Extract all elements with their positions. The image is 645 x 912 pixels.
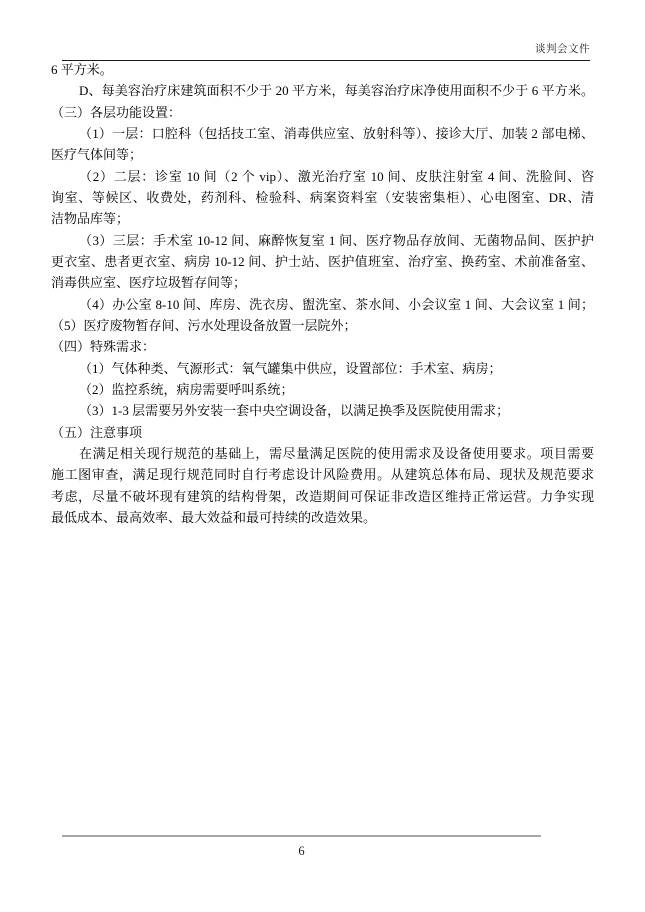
text-line: （1）气体种类、气源形式：氧气罐集中供应，设置部位：手术室、病房； [51, 358, 594, 379]
text-line: （1）一层：口腔科（包括技工室、消毒供应室、放射科等）、接诊大厅、加装 2 部电… [51, 123, 594, 144]
text-line: （三）各层功能设置： [51, 102, 594, 123]
text-line: （3）三层：手术室 10-12 间、麻醉恢复室 1 间、医疗物品存放间、无菌物品… [51, 230, 594, 251]
text-line: （2）监控系统，病房需要呼叫系统； [51, 379, 594, 400]
text-line: 施工图审查，满足现行规范同时自行考虑设计风险费用。从建筑总体布局、现状及规范要求 [51, 464, 594, 485]
text-line: 消毒供应室、医疗垃圾暂存间等； [51, 272, 594, 293]
text-line: 洁物品库等； [51, 208, 594, 229]
header-doc-label: 谈判会文件 [535, 43, 590, 57]
text-line: （4）办公室 8-10 间、库房、洗衣房、盥洗室、茶水间、小会议室 1 间、大会… [51, 294, 594, 315]
text-line: 考虑，尽量不破坏现有建筑的结构骨架，改造期间可保证非改造区维持正常运营。力争实现 [51, 486, 594, 507]
text-line: （2）二层：诊室 10 间（2 个 vip）、激光治疗室 10 间、皮肤注射室 … [51, 166, 594, 187]
footer-rule [62, 835, 541, 837]
text-line: 在满足相关现行规范的基础上，需尽量满足医院的使用需求及设备使用要求。项目需要 [51, 443, 594, 464]
text-line: 医疗气体间等； [51, 144, 594, 165]
text-line: （5）医疗废物暂存间、污水处理设备放置一层院外； [51, 315, 594, 336]
text-line: 6 平方米。 [51, 59, 594, 80]
page-number: 6 [62, 843, 541, 859]
document-body: 6 平方米。D、每美容治疗床建筑面积不少于 20 平方米，每美容治疗床净使用面积… [51, 59, 594, 528]
document-page: 谈判会文件 6 平方米。D、每美容治疗床建筑面积不少于 20 平方米，每美容治疗… [0, 0, 645, 912]
text-line: （3）1-3 层需要另外安装一套中央空调设备，以满足换季及医院使用需求； [51, 400, 594, 421]
text-line: 最低成本、最高效率、最大效益和最可持续的改造效果。 [51, 507, 594, 528]
text-line: （五）注意事项 [51, 422, 594, 443]
text-line: （四）特殊需求： [51, 336, 594, 357]
text-line: 询室、等候区、收费处，药剂科、检验科、病案资料室（安装密集柜）、心电图室、DR、… [51, 187, 594, 208]
text-line: 更衣室、患者更衣室、病房 10-12 间、护士站、医护值班室、治疗室、换药室、术… [51, 251, 594, 272]
text-line: D、每美容治疗床建筑面积不少于 20 平方米，每美容治疗床净使用面积不少于 6 … [51, 80, 594, 101]
